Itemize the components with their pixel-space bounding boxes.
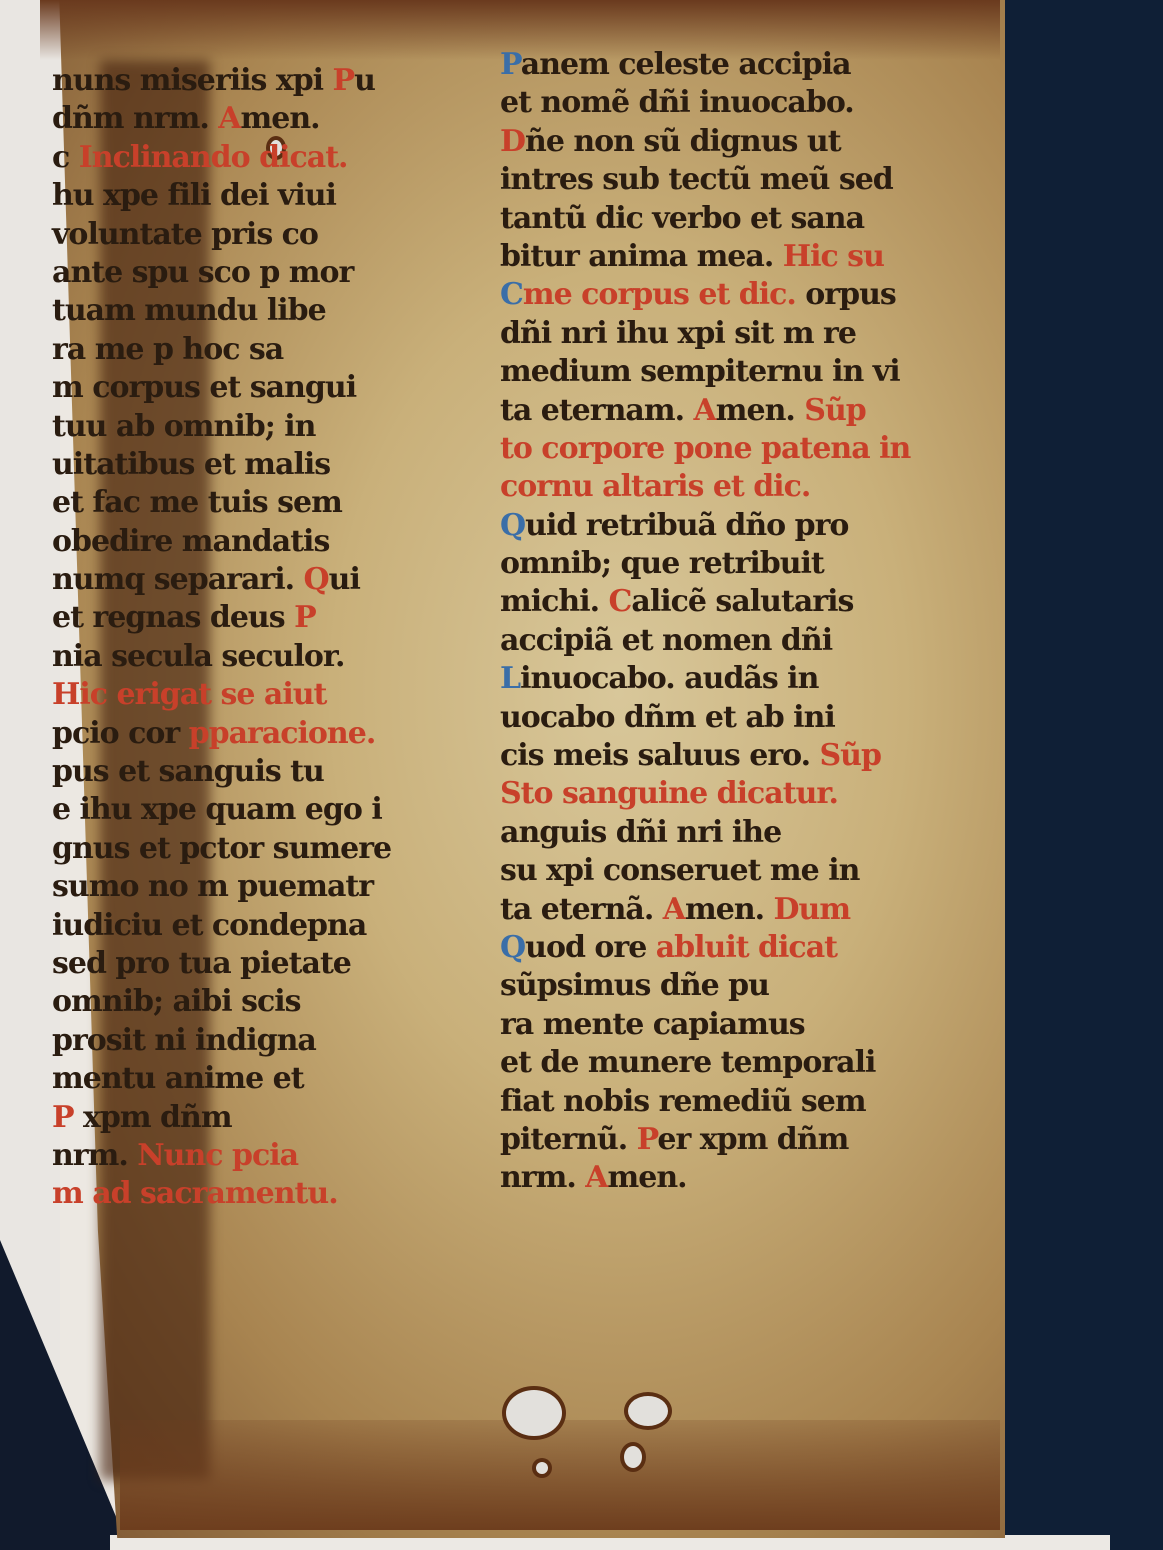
- ink-text: cis meis saluus ero.: [500, 738, 820, 773]
- text-line: et de munere temporali: [500, 1044, 910, 1082]
- text-line: uocabo dñm et ab ini: [500, 699, 910, 737]
- text-line: dñm nrm. Amen.: [52, 100, 432, 138]
- ink-text: uocabo dñm et ab ini: [500, 700, 835, 735]
- text-line: Panem celeste accipia: [500, 46, 910, 84]
- text-line: fiat nobis remediũ sem: [500, 1083, 910, 1121]
- text-line: ra mente capiamus: [500, 1006, 910, 1044]
- text-line: et regnas deus P: [52, 599, 432, 637]
- text-line: accipiã et nomen dñi: [500, 622, 910, 660]
- worm-hole: [624, 1446, 642, 1468]
- ink-text: michi.: [500, 584, 609, 619]
- text-line: anguis dñi nri ihe: [500, 814, 910, 852]
- text-line: nrm. Amen.: [500, 1159, 910, 1197]
- worm-hole: [628, 1396, 668, 1426]
- text-line: sed pro tua pietate: [52, 945, 432, 983]
- text-line: omnib; que retribuit: [500, 545, 910, 583]
- red-rubric: P: [637, 1122, 658, 1157]
- ink-text: ñe non sũ dignus ut: [525, 124, 841, 159]
- ink-text: pcio cor: [52, 716, 189, 751]
- ink-text: accipiã et nomen dñi: [500, 623, 832, 658]
- ink-text: er xpm dñm: [657, 1122, 848, 1157]
- red-rubric: me corpus et dic.: [523, 277, 805, 312]
- ink-text: nrm.: [500, 1160, 585, 1195]
- ink-text: bitur anima mea.: [500, 239, 783, 274]
- ink-text: u: [354, 63, 375, 98]
- ink-text: ante spu sco p mor: [52, 255, 353, 290]
- ink-text: obedire mandatis: [52, 524, 329, 559]
- text-line: sũpsimus dñe pu: [500, 967, 910, 1005]
- text-line: Quod ore abluit dicat: [500, 929, 910, 967]
- ink-text: et fac me tuis sem: [52, 485, 342, 520]
- ink-text: mentu anime et: [52, 1061, 304, 1096]
- text-line: cis meis saluus ero. Sũp: [500, 737, 910, 775]
- text-line: Quid retribuã dño pro: [500, 507, 910, 545]
- ink-text: prosit ni indigna: [52, 1023, 316, 1058]
- ink-text: men.: [716, 393, 805, 428]
- text-line: P xpm dñm: [52, 1099, 432, 1137]
- text-line: Linuocabo. audãs in: [500, 660, 910, 698]
- ink-text: pus et sanguis tu: [52, 754, 324, 789]
- text-line: sumo no m puematr: [52, 868, 432, 906]
- blue-rubric: Q: [500, 508, 525, 543]
- ink-text: ta eternam.: [500, 393, 693, 428]
- red-rubric: Hic su: [783, 239, 884, 274]
- ink-text: ra mente capiamus: [500, 1007, 805, 1042]
- text-line: medium sempiternu in vi: [500, 353, 910, 391]
- ink-text: e ihu xpe quam ego i: [52, 792, 382, 827]
- ink-text: m corpus et sangui: [52, 370, 356, 405]
- ink-text: et regnas deus: [52, 600, 294, 635]
- red-rubric: A: [585, 1160, 607, 1195]
- red-rubric: Hic erigat se aiut: [52, 677, 326, 712]
- text-line: ante spu sco p mor: [52, 254, 432, 292]
- text-line: michi. Calicẽ salutaris: [500, 583, 910, 621]
- text-line: m ad sacramentu.: [52, 1175, 432, 1213]
- ink-text: piternũ.: [500, 1122, 637, 1157]
- ink-text: anguis dñi nri ihe: [500, 815, 781, 850]
- ink-text: dñm nrm.: [52, 101, 218, 136]
- red-rubric: C: [609, 584, 632, 619]
- text-line: et fac me tuis sem: [52, 484, 432, 522]
- text-line: Cme corpus et dic. orpus: [500, 276, 910, 314]
- red-rubric: A: [693, 393, 715, 428]
- text-line: gnus et pctor sumere: [52, 830, 432, 868]
- text-line: su xpi conseruet me in: [500, 852, 910, 890]
- text-line: omnib; aibi scis: [52, 983, 432, 1021]
- ink-text: et de munere temporali: [500, 1045, 875, 1080]
- ink-text: gnus et pctor sumere: [52, 831, 391, 866]
- text-line: mentu anime et: [52, 1060, 432, 1098]
- red-rubric: Inclinando dicat.: [79, 140, 348, 175]
- ink-text: intres sub tectũ meũ sed: [500, 162, 893, 197]
- red-rubric: to sanguine dicatur.: [521, 776, 838, 811]
- ink-text: uitatibus et malis: [52, 447, 330, 482]
- ink-text: medium sempiternu in vi: [500, 354, 900, 389]
- red-rubric: cornu altaris et dic.: [500, 469, 810, 504]
- ink-text: ui: [329, 562, 360, 597]
- text-line: Dñe non sũ dignus ut: [500, 123, 910, 161]
- text-line: numq separari. Qui: [52, 561, 432, 599]
- worm-hole: [536, 1462, 548, 1474]
- red-rubric: P: [52, 1100, 74, 1135]
- ink-text: inuocabo.: [520, 661, 684, 696]
- text-line: obedire mandatis: [52, 523, 432, 561]
- text-line: m corpus et sangui: [52, 369, 432, 407]
- navy-cloth-background: [1000, 0, 1163, 1550]
- ink-text: voluntate pris co: [52, 217, 318, 252]
- ink-text: anem celeste accipia: [521, 47, 851, 82]
- text-line: cornu altaris et dic.: [500, 468, 910, 506]
- text-line: nia secula seculor.: [52, 638, 432, 676]
- ink-text: uid retribuã dño pro: [525, 508, 848, 543]
- text-line: uitatibus et malis: [52, 446, 432, 484]
- ink-text: c: [52, 140, 79, 175]
- red-rubric: abluit dicat: [656, 930, 837, 965]
- ink-text: nia secula seculor.: [52, 639, 344, 674]
- text-line: et nomẽ dñi inuocabo.: [500, 84, 910, 122]
- ink-text: tuam mundu libe: [52, 293, 326, 328]
- ink-text: su xpi conseruet me in: [500, 853, 859, 888]
- ink-text: audãs in: [684, 661, 818, 696]
- text-line: nrm. Nunc pcia: [52, 1137, 432, 1175]
- text-line: hu xpe fili dei viui: [52, 177, 432, 215]
- red-rubric: P: [333, 63, 355, 98]
- red-rubric: A: [663, 892, 685, 927]
- red-rubric: pparacione.: [189, 716, 376, 751]
- ink-text: nrm.: [52, 1138, 137, 1173]
- text-line: pcio cor pparacione.: [52, 715, 432, 753]
- red-rubric: Sũp: [820, 738, 881, 773]
- text-line: piternũ. Per xpm dñm: [500, 1121, 910, 1159]
- text-line: Hic erigat se aiut: [52, 676, 432, 714]
- ink-text: sũpsimus dñe pu: [500, 968, 769, 1003]
- ink-text: sumo no m puematr: [52, 869, 373, 904]
- bottom-stain: [120, 1420, 1000, 1530]
- text-line: tuam mundu libe: [52, 292, 432, 330]
- blue-rubric: C: [500, 277, 523, 312]
- red-rubric: to corpore pone patena in: [500, 431, 910, 466]
- text-line: voluntate pris co: [52, 216, 432, 254]
- text-line: to corpore pone patena in: [500, 430, 910, 468]
- red-rubric: Nunc pcia: [137, 1138, 298, 1173]
- text-line: tantũ dic verbo et sana: [500, 200, 910, 238]
- left-text-column: nuns miseriis xpi Pudñm nrm. Amen.c Incl…: [52, 62, 432, 1214]
- red-rubric: Q: [304, 562, 329, 597]
- ink-text: ta eternã.: [500, 892, 663, 927]
- ink-text: omnib; que retribuit: [500, 546, 824, 581]
- worm-hole: [506, 1390, 562, 1436]
- blue-rubric: P: [500, 47, 521, 82]
- ink-text: tuu ab omnib; in: [52, 409, 315, 444]
- ink-text: sed pro tua pietate: [52, 946, 351, 981]
- ink-text: hu xpe fili dei viui: [52, 178, 336, 213]
- ink-text: et nomẽ dñi inuocabo.: [500, 85, 854, 120]
- red-rubric: P: [294, 600, 316, 635]
- ink-text: dñi nri ihu xpi sit m re: [500, 316, 856, 351]
- red-rubric: Dum: [774, 892, 851, 927]
- ink-text: ra me p hoc sa: [52, 332, 283, 367]
- text-line: intres sub tectũ meũ sed: [500, 161, 910, 199]
- red-rubric: S: [500, 776, 521, 811]
- ink-text: men.: [685, 892, 774, 927]
- ink-text: nuns miseriis xpi: [52, 63, 333, 98]
- text-line: iudiciu et condepna: [52, 907, 432, 945]
- ink-text: uod ore: [525, 930, 656, 965]
- blue-rubric: Q: [500, 930, 525, 965]
- text-line: bitur anima mea. Hic su: [500, 238, 910, 276]
- text-line: ta eternã. Amen. Dum: [500, 891, 910, 929]
- red-rubric: Sũp: [804, 393, 865, 428]
- ink-text: iudiciu et condepna: [52, 908, 366, 943]
- ink-text: orpus: [805, 277, 896, 312]
- text-line: ra me p hoc sa: [52, 331, 432, 369]
- blue-rubric: L: [500, 661, 520, 696]
- text-line: pus et sanguis tu: [52, 753, 432, 791]
- ink-text: omnib; aibi scis: [52, 984, 301, 1019]
- text-line: nuns miseriis xpi Pu: [52, 62, 432, 100]
- text-line: c Inclinando dicat.: [52, 139, 432, 177]
- red-rubric: D: [500, 124, 525, 159]
- ink-text: numq separari.: [52, 562, 304, 597]
- text-line: Sto sanguine dicatur.: [500, 775, 910, 813]
- ink-text: xpm dñm: [74, 1100, 232, 1135]
- ink-text: men.: [608, 1160, 687, 1195]
- text-line: prosit ni indigna: [52, 1022, 432, 1060]
- right-text-column: Panem celeste accipiaet nomẽ dñi inuocab…: [500, 46, 910, 1198]
- text-line: tuu ab omnib; in: [52, 408, 432, 446]
- text-line: e ihu xpe quam ego i: [52, 791, 432, 829]
- text-line: dñi nri ihu xpi sit m re: [500, 315, 910, 353]
- ink-text: alicẽ salutaris: [631, 584, 853, 619]
- ink-text: fiat nobis remediũ sem: [500, 1084, 866, 1119]
- red-rubric: m ad sacramentu.: [52, 1176, 338, 1211]
- text-line: ta eternam. Amen. Sũp: [500, 392, 910, 430]
- ink-text: tantũ dic verbo et sana: [500, 201, 864, 236]
- red-rubric: A: [218, 101, 240, 136]
- ink-text: men.: [241, 101, 320, 136]
